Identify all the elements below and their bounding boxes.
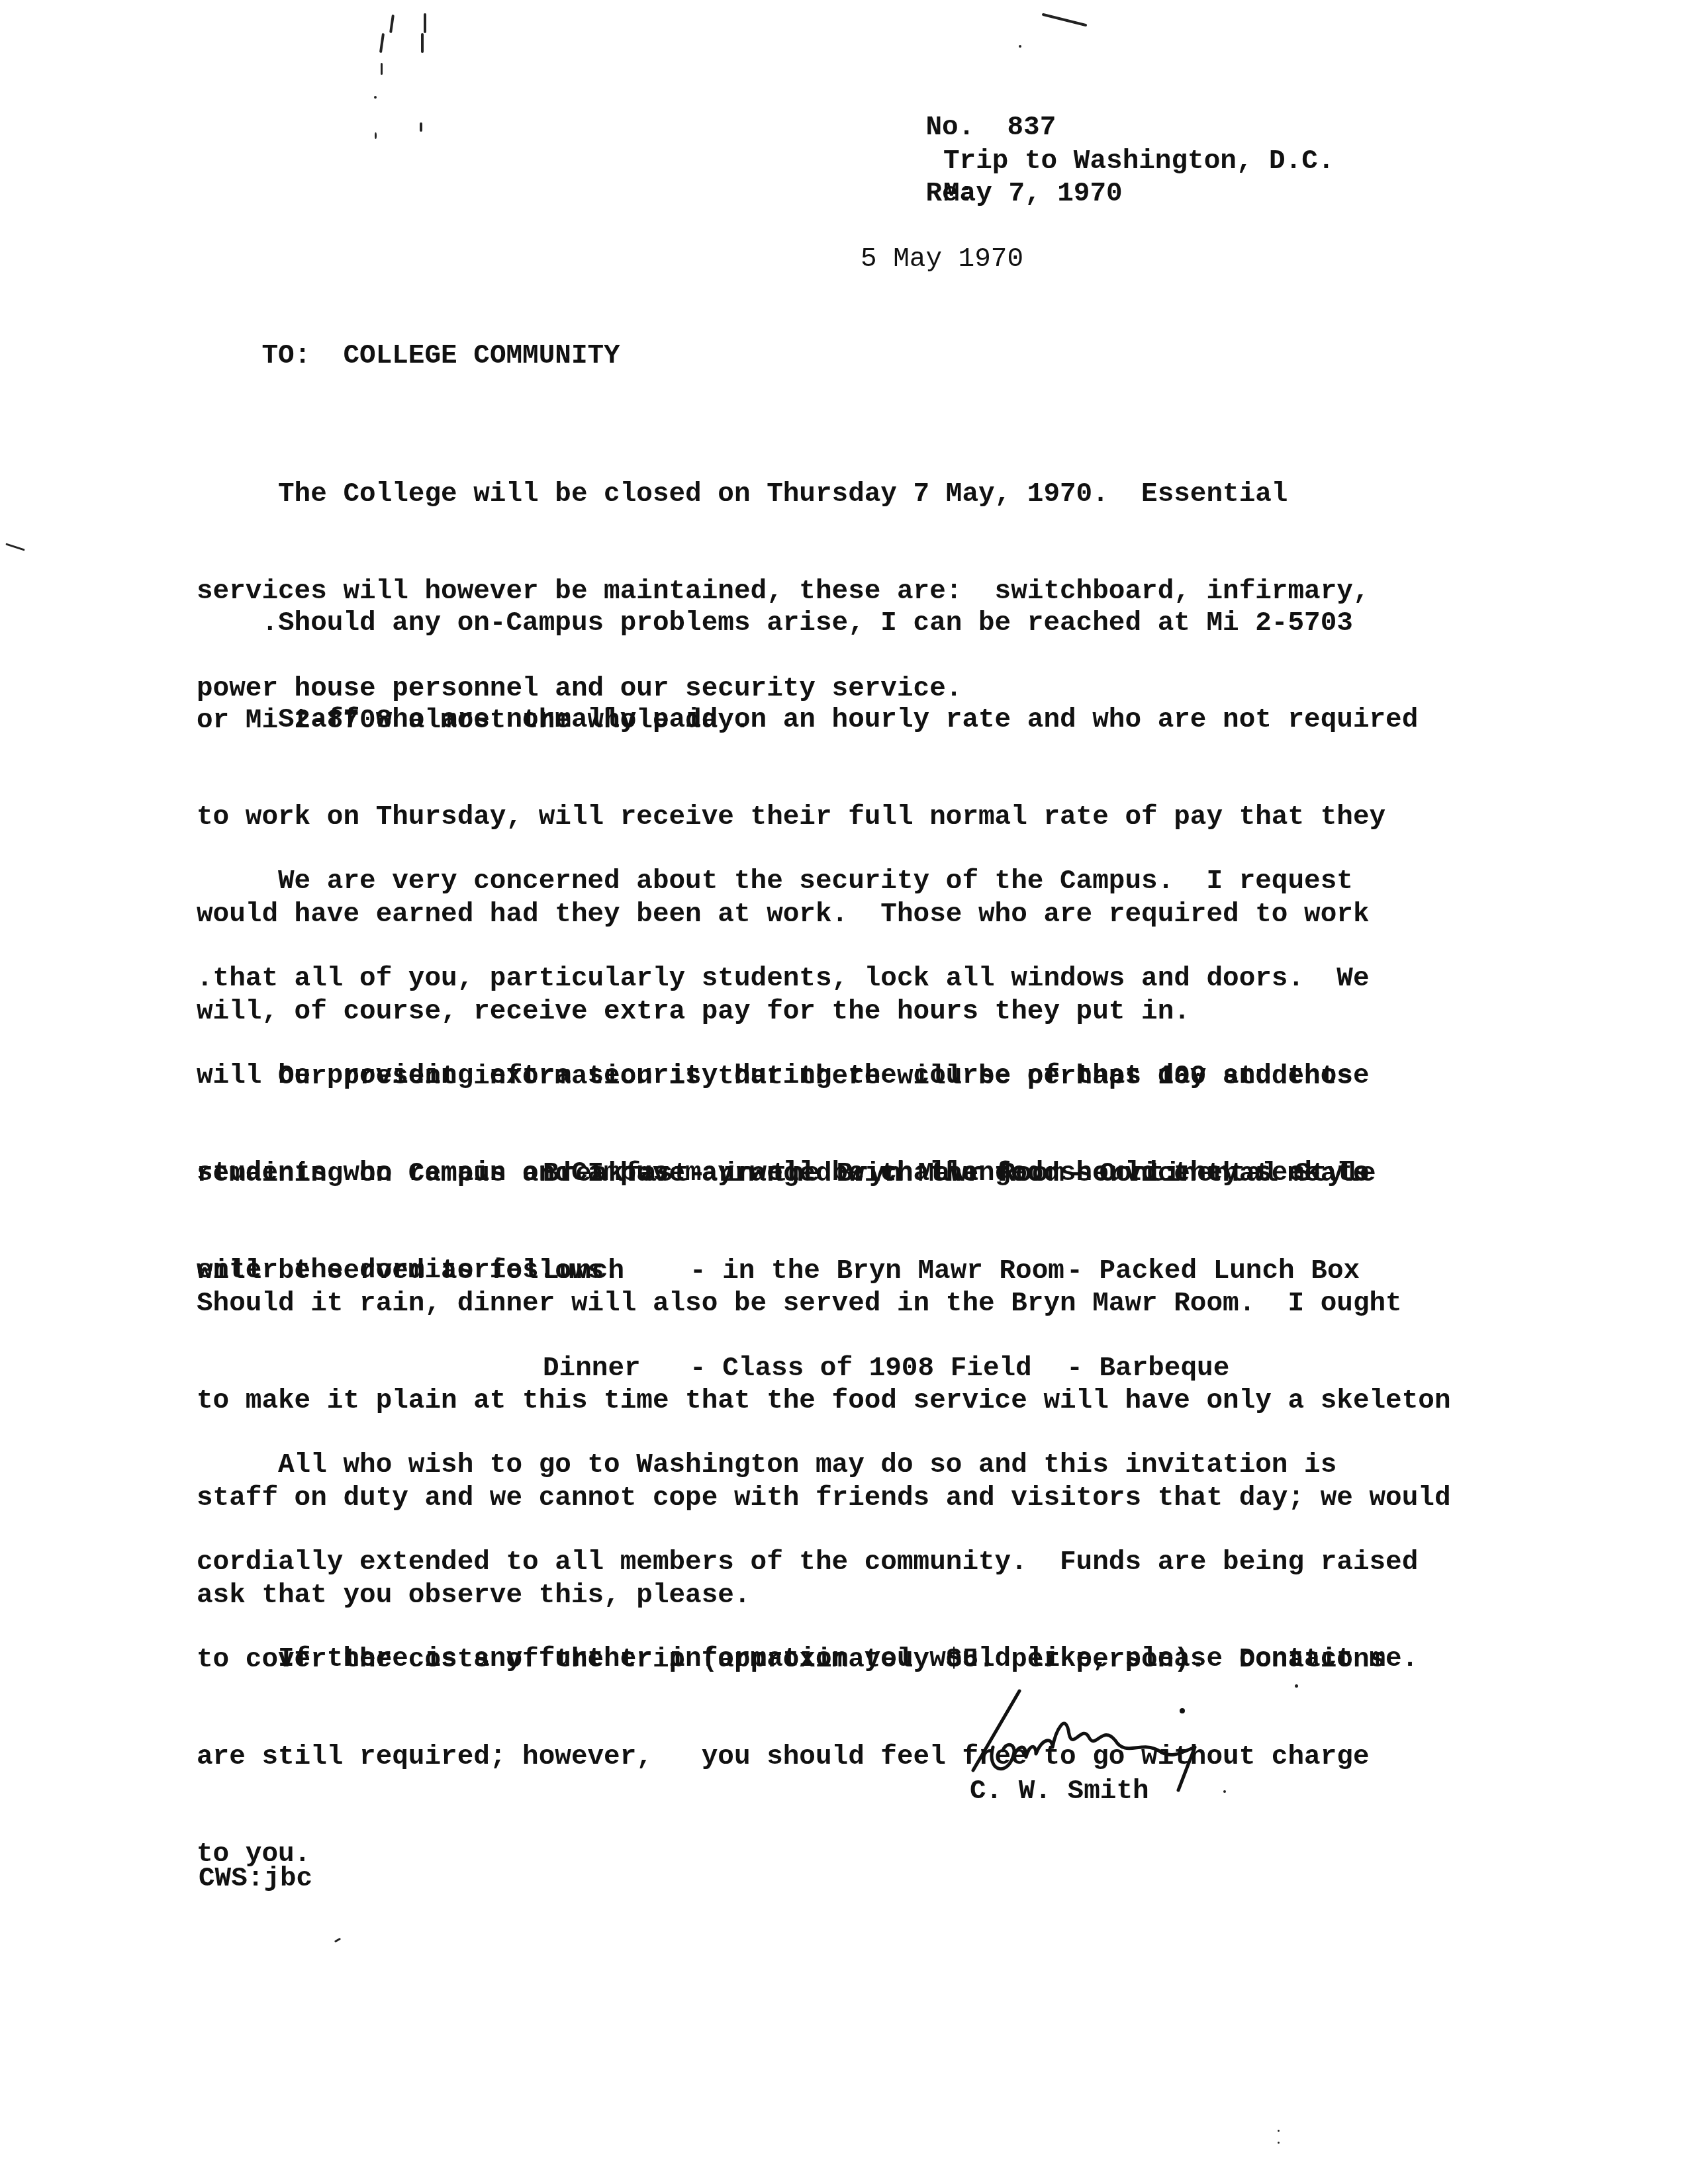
scan-mark <box>379 33 385 53</box>
scan-mark <box>5 543 24 551</box>
paragraph-line: We are very concerned about the security… <box>197 866 1370 898</box>
meal-name: Breakfast <box>543 1158 690 1191</box>
memo-number-label: No. <box>925 113 974 143</box>
signatory-name: C. W. Smith <box>970 1776 1149 1808</box>
paragraph-line: .Should any on-Campus problems arise, I … <box>197 608 1353 640</box>
scan-mark <box>1278 2130 1280 2132</box>
subject-line-1: Trip to Washington, D.C. <box>943 146 1335 178</box>
paragraph-line: Our present information is that there wi… <box>197 1061 1370 1093</box>
scan-mark <box>424 13 426 33</box>
paragraph-line: to you. <box>197 1839 1418 1871</box>
addressee-value: COLLEGE COMMUNITY <box>343 341 620 371</box>
scan-mark <box>421 33 424 53</box>
meal-style: Continental Style <box>1099 1159 1376 1189</box>
scan-mark <box>1042 13 1088 27</box>
paragraph-line: .that all of you, particularly students,… <box>197 963 1370 995</box>
scan-mark <box>381 63 383 75</box>
letter-page: No. 837 Re: Trip to Washington, D.C. May… <box>0 0 1688 2184</box>
addressee: TO: COLLEGE COMMUNITY <box>197 308 620 405</box>
meal-row: Breakfast- in the Bryn Mawr Room- Contin… <box>543 1158 1376 1191</box>
scan-mark <box>389 15 395 33</box>
paragraph-line: cordially extended to all members of the… <box>197 1547 1418 1579</box>
memo-date: 5 May 1970 <box>861 244 1023 276</box>
paragraph-line: If there is any further information you … <box>197 1643 1418 1676</box>
memo-number-value: 837 <box>1007 113 1056 143</box>
scan-mark <box>334 1938 341 1943</box>
paragraph-line: Staff who are normally paid on an hourly… <box>197 704 1418 737</box>
scan-mark <box>374 96 377 99</box>
paragraph-line: All who wish to go to Washington may do … <box>197 1449 1418 1482</box>
reference-initials: CWS:jbc <box>199 1863 312 1895</box>
scan-mark <box>420 122 422 132</box>
subject-line-2: May 7, 1970 <box>943 178 1123 210</box>
addressee-label: TO: <box>261 341 310 371</box>
scan-mark <box>375 132 377 139</box>
paragraph-line: Should it rain, dinner will also be serv… <box>197 1288 1451 1320</box>
paragraph-line: The College will be closed on Thursday 7… <box>197 478 1370 511</box>
scan-mark <box>1019 45 1021 48</box>
scan-mark <box>1278 2142 1280 2144</box>
meal-location: in the Bryn Mawr Room <box>722 1158 1066 1191</box>
